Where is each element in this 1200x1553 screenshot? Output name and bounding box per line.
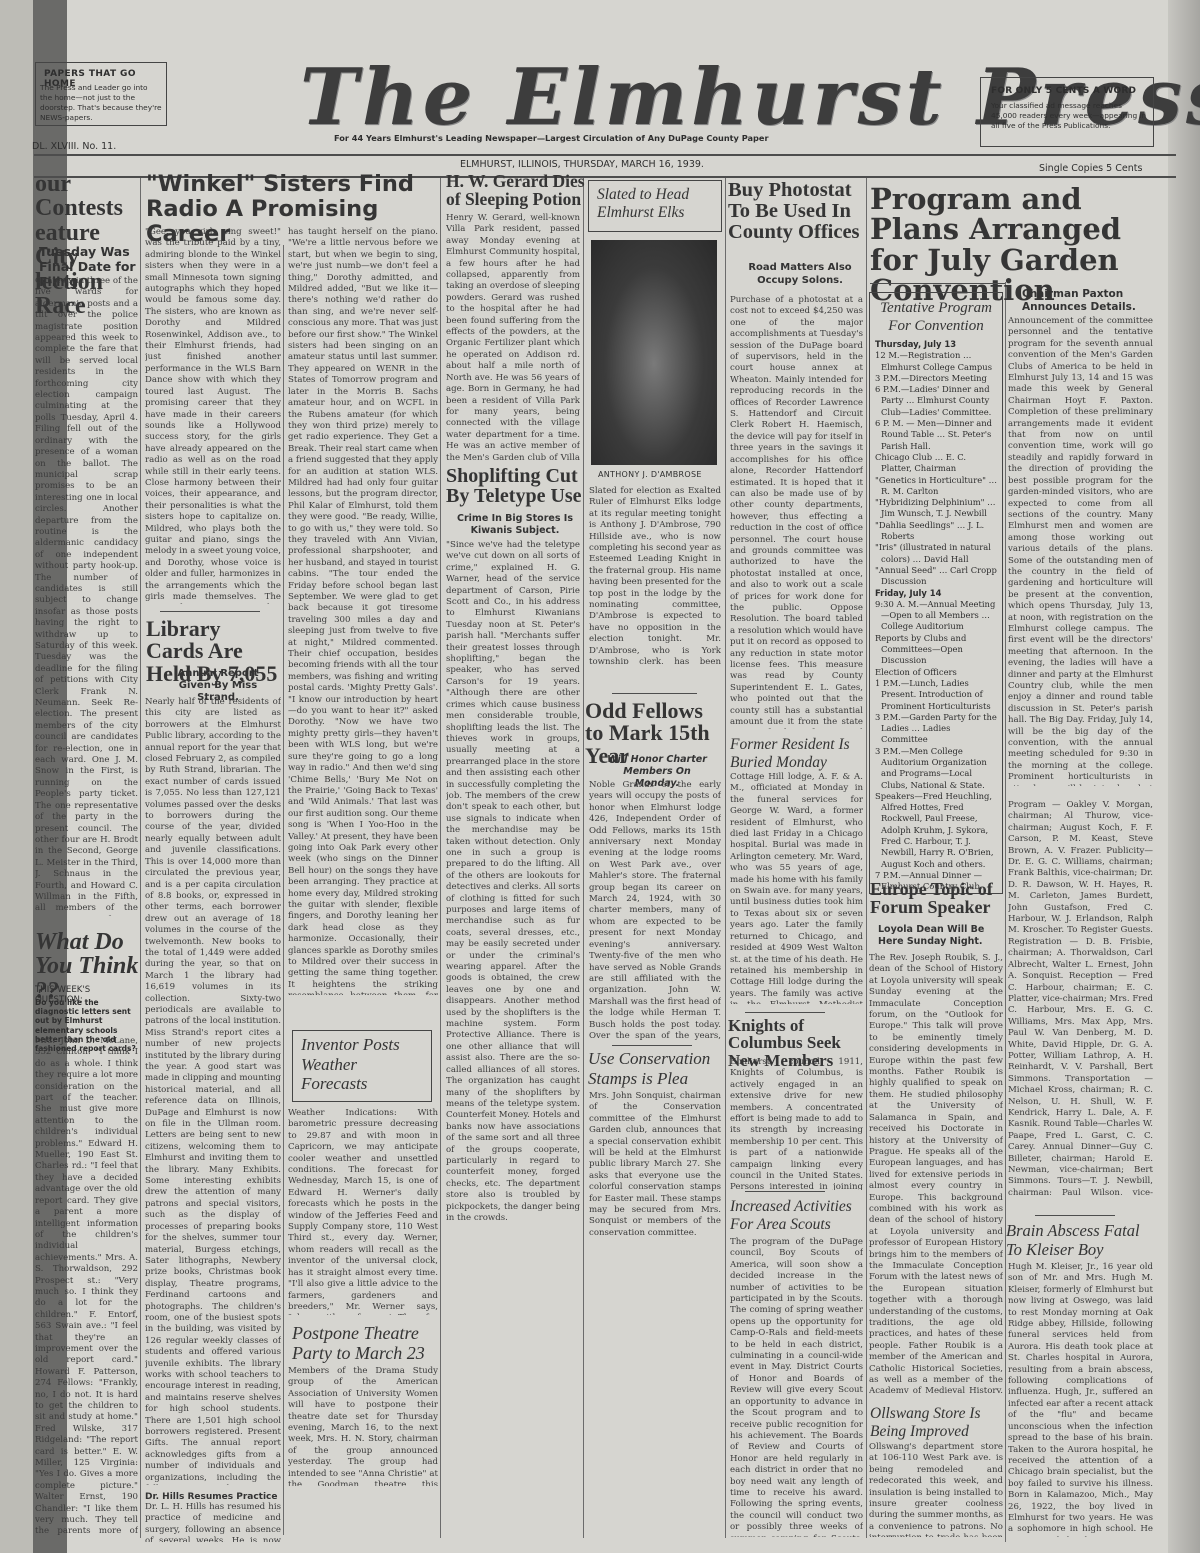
gerard-body: Henry W. Gerard, well-known Villa Park r…	[446, 213, 580, 463]
former-resident-body: Cottage Hill lodge, A. F. & A. M., offic…	[730, 772, 863, 1004]
program-item: 9:30 A. M.—Annual Meeting—Open to all Me…	[875, 599, 998, 633]
volume-number: DL. XLVIII. No. 11.	[32, 141, 116, 152]
dambrose-photo	[591, 240, 717, 465]
odd-fellows-body: Noble Grands of the early years will occ…	[589, 780, 721, 1040]
inventor-body: Weather Indications: With barometric pre…	[288, 1108, 438, 1315]
adjacent-page-edge	[0, 0, 33, 1553]
program-item: "Annual Seed" … Carl Cropp Discussion	[875, 565, 998, 588]
shoplifting-subhead: Crime In Big Stores Is Kiwanis Subject.	[455, 513, 575, 537]
shoplifting-body: "Since we've had the teletype we've cut …	[446, 540, 580, 1535]
program-item: "Genetics in Horticulture" … R. M. Carlt…	[875, 475, 998, 498]
garden-subhead: Chairman Paxton Announces Details.	[1022, 288, 1152, 314]
photo-caption: ANTHONY J. D'AMBROSE	[598, 470, 702, 479]
program-item: 3 P.M.—Garden Party for the Ladies … Lad…	[875, 712, 998, 746]
inventor-box: Inventor Posts Weather Forecasts	[292, 1030, 432, 1102]
kleiser-body: Hugh M. Kleiser, Jr., 16 year old son of…	[1008, 1262, 1153, 1537]
column-divider	[583, 178, 584, 1538]
tentative-program-list: Thursday, July 1312 M.—Registration … El…	[875, 339, 998, 894]
section-rule	[745, 1191, 825, 1192]
scouts-body: The program of the DuPage council, Boy S…	[730, 1237, 863, 1537]
photostat-subhead: Road Matters Also Occupy Solons.	[740, 262, 860, 287]
scouts-headline: Increased Activities For Area Scouts	[730, 1198, 866, 1234]
winkel-body-col2: has taught herself on the piano. "We're …	[288, 227, 438, 995]
conservation-body: Mrs. John Sonquist, chairman of the Cons…	[589, 1091, 721, 1536]
ollswang-headline: Ollswang Store Is Being Improved	[870, 1405, 1006, 1441]
program-day-heading: Thursday, July 13	[875, 339, 998, 350]
section-rule	[745, 1012, 825, 1013]
column-divider	[140, 178, 141, 1538]
program-item: 6 P. M. — Men—Dinner and Round Table … S…	[875, 418, 998, 452]
elks-box-title: Slated to Head Elmhurst Elks	[597, 186, 717, 222]
elks-box: Slated to Head Elmhurst Elks	[588, 180, 722, 232]
shoplifting-headline: Shoplifting Cut By Teletype Use	[446, 466, 582, 507]
price: Single Copies 5 Cents	[1039, 163, 1142, 174]
europe-headline: Europe Topic of Forum Speaker	[870, 880, 1006, 917]
knights-body: Elmhurst council 1911, Knights of Columb…	[730, 1057, 863, 1190]
garden-committees: Program — Oakley V. Morgan, chairman; Al…	[1008, 800, 1153, 1195]
photostat-body: Purchase of a photostat at a cost not to…	[730, 295, 863, 729]
europe-subhead: Loyola Dean Will Be Here Sunday Night.	[878, 924, 998, 948]
column-divider	[283, 245, 284, 1535]
program-item: 6 P.M.—Ladies' Dinner and Party … Elmhur…	[875, 384, 998, 418]
inventor-headline: Inventor Posts Weather Forecasts	[301, 1035, 425, 1094]
program-day-heading: Friday, July 14	[875, 588, 998, 599]
conservation-headline: Use Conservation Stamps is Plea	[588, 1049, 724, 1088]
photostat-headline: Buy Photostat To Be Used In County Offic…	[728, 180, 866, 243]
right-ear-body: Your classified ad message reaches 45,00…	[991, 101, 1147, 131]
hills-body: Dr. L. H. Hills has resumed his practice…	[145, 1502, 281, 1542]
library-body: Nearly half of the residents of this cit…	[145, 697, 281, 1485]
section-rule	[160, 611, 260, 612]
program-item: Election of Officers	[875, 667, 998, 678]
program-item: "Dahlia Seedlings" … J. L. Roberts	[875, 520, 998, 543]
winkel-body-col1: "Gee, you girls sing sweet!" was the tri…	[145, 227, 281, 604]
column-divider	[866, 178, 867, 1538]
program-item: Chicago Club … E. C. Platter, Chairman	[875, 452, 998, 475]
section-rule	[612, 693, 697, 694]
theatre-headline: Postpone Theatre Party to March 23	[292, 1324, 432, 1364]
program-item: 3 P.M.—Men College Auditorium Organizati…	[875, 746, 998, 791]
section-rule	[612, 1045, 692, 1046]
page-edge-shadow	[1168, 0, 1200, 1553]
what-think-answers: Mrs. John D. McLane, 352 Clinton: "I thi…	[35, 1036, 138, 1536]
section-rule	[1035, 1215, 1115, 1216]
dateline: ELMHURST, ILLINOIS, THURSDAY, MARCH 16, …	[460, 159, 704, 170]
column-divider	[725, 178, 726, 1538]
program-item: 3 P.M.—Directors Meeting	[875, 373, 998, 384]
ollswang-body: Ollswang's department store at 106-110 W…	[869, 1442, 1003, 1537]
masthead-rule-top	[34, 154, 1176, 156]
program-item: Reports by Clubs and Committees—Open Dis…	[875, 633, 998, 667]
gerard-headline: H. W. Gerard Dies of Sleeping Potion	[446, 173, 586, 209]
column-divider	[440, 178, 441, 1538]
former-resident-headline: Former Resident Is Buried Monday	[730, 736, 866, 772]
program-item: Speakers—Fred Heuchling, Alfred Hottes, …	[875, 791, 998, 870]
right-ear-box: FOR ONLY 5 CENTS A WORD Your classified …	[980, 77, 1154, 147]
program-item: "Hybridizing Delphinium" … Jim Wunsch, T…	[875, 497, 998, 520]
tentative-program-box: Tentative Program For Convention Thursda…	[869, 292, 1003, 894]
garden-body: Announcement of the committee personnel …	[1008, 316, 1153, 786]
contests-body: Contests in three of the five wards for …	[35, 276, 138, 916]
europe-body: The Rev. Joseph Roubik, S. J., dean of t…	[869, 953, 1003, 1393]
right-ear-title: FOR ONLY 5 CENTS A WORD	[991, 86, 1136, 96]
elks-body: Slated for election as Exalted Ruler of …	[589, 486, 721, 664]
kleiser-headline: Brain Abscess Fatal To Kleiser Boy	[1006, 1222, 1156, 1260]
program-item: "Iris" (illustrated in natural colors) ……	[875, 542, 998, 565]
tentative-program-title: Tentative Program For Convention	[876, 299, 996, 335]
left-ear-box: PAPERS THAT GO HOME The Press and Leader…	[35, 62, 167, 126]
program-item: 12 M.—Registration … Elmhurst College Ca…	[875, 350, 998, 373]
section-rule	[870, 283, 1005, 284]
theatre-body: Members of the Drama Study group of the …	[288, 1366, 438, 1486]
program-item: 1 P.M.—Lunch, Ladies Present. Introducti…	[875, 678, 998, 712]
newspaper-page: PAPERS THAT GO HOME The Press and Leader…	[0, 0, 1200, 1553]
masthead-tagline: For 44 Years Elmhurst's Leading Newspape…	[334, 133, 769, 143]
left-ear-body: The Press and Leader go into the home—no…	[40, 83, 162, 123]
